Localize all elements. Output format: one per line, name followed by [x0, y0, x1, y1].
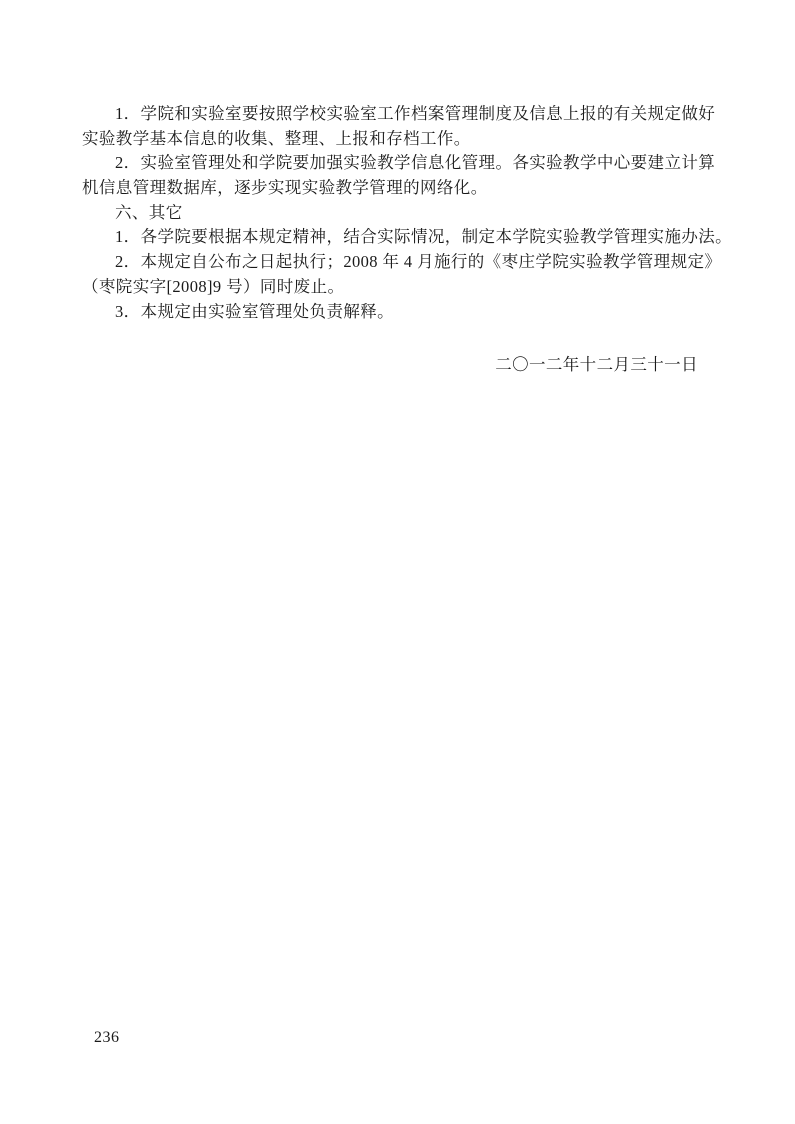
text-line: 1．各学院要根据本规定精神，结合实际情况，制定本学院实验教学管理实施办法。: [82, 225, 704, 250]
text-line: 2．实验室管理处和学院要加强实验教学信息化管理。各实验教学中心要建立计算: [82, 151, 704, 176]
text-line: 机信息管理数据库，逐步实现实验教学管理的网络化。: [82, 176, 704, 201]
page-number: 236: [94, 1029, 120, 1047]
text-line: 2．本规定自公布之日起执行；2008 年 4 月施行的《枣庄学院实验教学管理规定…: [82, 250, 704, 275]
section-heading: 六、其它: [82, 201, 704, 226]
document-page: 1．学院和实验室要按照学校实验室工作档案管理制度及信息上报的有关规定做好 实验教…: [0, 0, 795, 1124]
text-line: 实验教学基本信息的收集、整理、上报和存档工作。: [82, 127, 704, 152]
text-line: （枣院实字[2008]9 号）同时废止。: [82, 275, 704, 300]
text-line: 3．本规定由实验室管理处负责解释。: [82, 300, 704, 325]
document-body: 1．学院和实验室要按照学校实验室工作档案管理制度及信息上报的有关规定做好 实验教…: [82, 102, 704, 378]
text-line: 1．学院和实验室要按照学校实验室工作档案管理制度及信息上报的有关规定做好: [82, 102, 704, 127]
document-date: 二〇一二年十二月三十一日: [82, 353, 704, 378]
